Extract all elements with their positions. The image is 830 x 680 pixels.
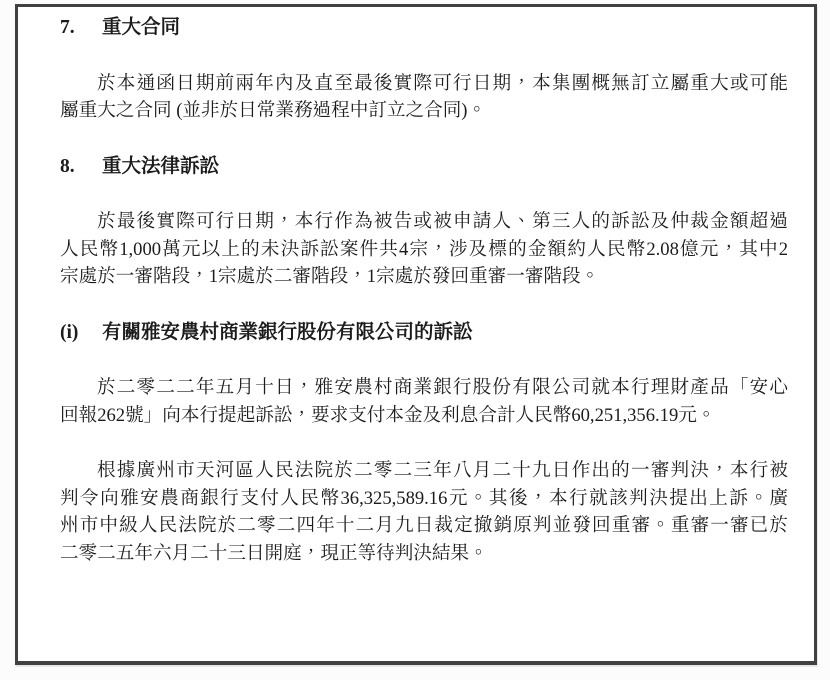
paragraph: 於二零二二年五月十日，雅安農村商業銀行股份有限公司就本行理財產品「安心回報262…: [60, 374, 788, 429]
heading-number: (i): [60, 319, 102, 347]
heading-title: 重大合同: [102, 17, 180, 38]
paragraph: 於最後實際可行日期，本行作為被告或被申請人、第三人的訴訟及仲裁金額超過人民幣1,…: [60, 208, 788, 291]
text-line: 回報262號」向本行提起訴訟，要求支付本金及利息合計人民幣60,251,356.…: [60, 402, 788, 430]
section-heading: 8.重大法律訴訟: [60, 153, 788, 181]
heading-number: 8.: [60, 153, 102, 181]
heading-number: 7.: [60, 14, 102, 42]
text-line: 人民幣1,000萬元以上的未決訴訟案件共4宗，涉及標的金額約人民幣2.08億元，…: [60, 236, 788, 264]
heading-title: 有關雅安農村商業銀行股份有限公司的訴訟: [102, 322, 473, 343]
section-heading: (i)有關雅安農村商業銀行股份有限公司的訴訟: [60, 319, 788, 347]
text-line: 於本通函日期前兩年內及直至最後實際可行日期，本集團概無訂立屬重大或可能: [60, 70, 788, 98]
text-line: 根據廣州市天河區人民法院於二零二三年八月二十九日作出的一審判決，本行被: [60, 457, 788, 485]
paragraph: 於本通函日期前兩年內及直至最後實際可行日期，本集團概無訂立屬重大或可能屬重大之合…: [60, 70, 788, 125]
text-line: 於最後實際可行日期，本行作為被告或被申請人、第三人的訴訟及仲裁金額超過: [60, 208, 788, 236]
text-line: 州市中級人民法院於二零二四年十二月九日裁定撤銷原判並發回重審。重審一審已於: [60, 512, 788, 540]
text-line: 屬重大之合同 (並非於日常業務過程中訂立之合同)。: [60, 97, 788, 125]
text-line: 二零二五年六月二十三日開庭，現正等待判決結果。: [60, 540, 788, 568]
document-page: 7.重大合同於本通函日期前兩年內及直至最後實際可行日期，本集團概無訂立屬重大或可…: [0, 0, 830, 680]
page-border-frame: 7.重大合同於本通函日期前兩年內及直至最後實際可行日期，本集團概無訂立屬重大或可…: [15, 4, 817, 665]
section-heading: 7.重大合同: [60, 14, 788, 42]
heading-title: 重大法律訴訟: [102, 156, 219, 177]
text-line: 宗處於一審階段，1宗處於二審階段，1宗處於發回重審一審階段。: [60, 263, 788, 291]
paragraph: 根據廣州市天河區人民法院於二零二三年八月二十九日作出的一審判決，本行被判令向雅安…: [60, 457, 788, 567]
text-line: 判令向雅安農商銀行支付人民幣36,325,589.16元。其後，本行就該判決提出…: [60, 485, 788, 513]
text-line: 於二零二二年五月十日，雅安農村商業銀行股份有限公司就本行理財產品「安心: [60, 374, 788, 402]
document-content: 7.重大合同於本通函日期前兩年內及直至最後實際可行日期，本集團概無訂立屬重大或可…: [60, 14, 788, 595]
